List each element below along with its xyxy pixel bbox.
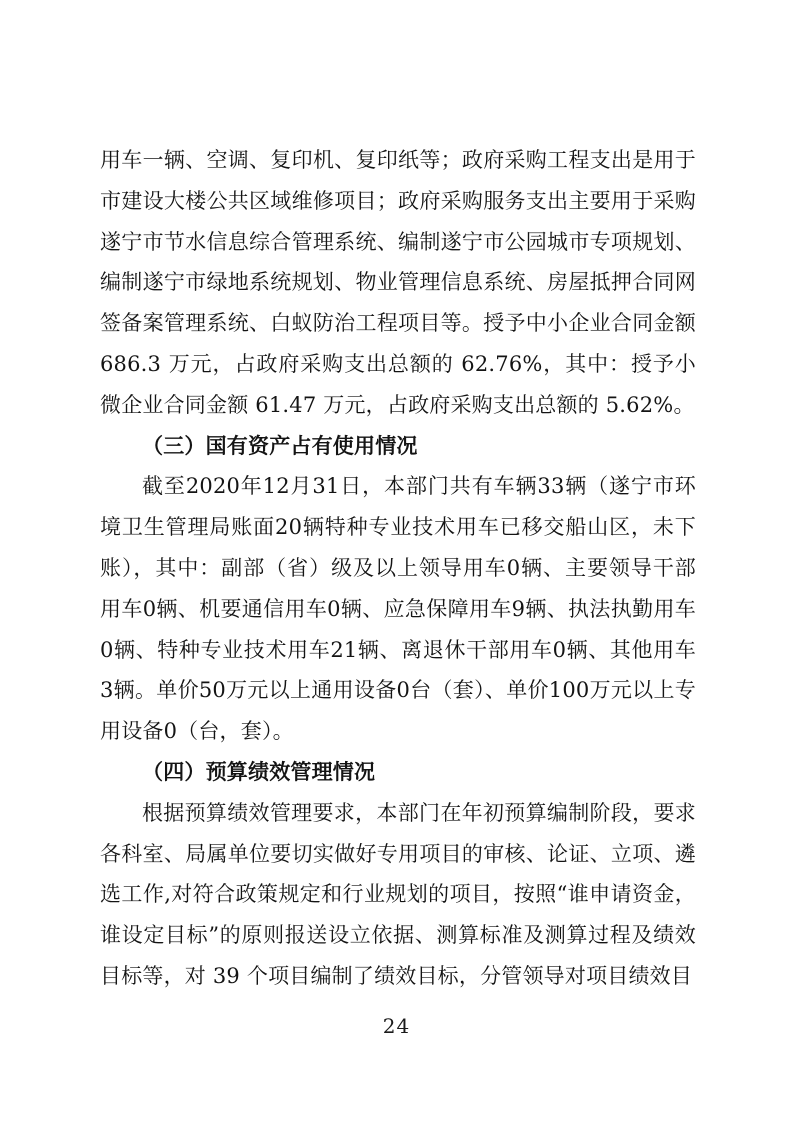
heading-budget-performance-management: （四）预算绩效管理情况 — [100, 752, 696, 793]
paragraph-vehicles-and-equipment: 截至2020年12月31日，本部门共有车辆33辆（遂宁市环境卫生管理局账面20辆… — [100, 466, 696, 752]
paragraph-government-procurement: 用车一辆、空调、复印机、复印纸等；政府采购工程支出是用于市建设大楼公共区域维修项… — [100, 140, 696, 426]
page-number: 24 — [383, 1014, 410, 1038]
paragraph-performance-management: 根据预算绩效管理要求，本部门在年初预算编制阶段，要求各科室、局属单位要切实做好专… — [100, 793, 696, 997]
page-footer: 24 — [0, 1014, 793, 1038]
document-body: 用车一辆、空调、复印机、复印纸等；政府采购工程支出是用于市建设大楼公共区域维修项… — [100, 140, 696, 997]
heading-state-assets-usage: （三）国有资产占有使用情况 — [100, 426, 696, 467]
document-page: 用车一辆、空调、复印机、复印纸等；政府采购工程支出是用于市建设大楼公共区域维修项… — [0, 0, 793, 1122]
